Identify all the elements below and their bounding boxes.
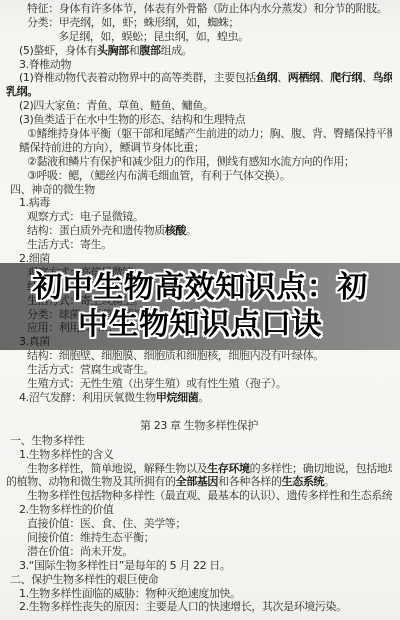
text-line: 的植物、动物和微生物及其所拥有的全部基因和各种各样的生态系统。	[6, 475, 392, 489]
text-run: 3.“国际生物多样性日”是每年的 5 月 22 日。	[19, 559, 230, 572]
text-run: ③呼吸：鳃，（鳃丝内布满毛细血管，有利于气体交换）。	[27, 169, 290, 182]
text-run: 1.病毒	[19, 196, 50, 209]
text-line: 生物多样性，简单地说，解释生物以及生存环境的多样性；确切地说，包括地球上所有	[6, 462, 392, 476]
text-line: 生活方式：营腐生或寄生。	[6, 363, 392, 377]
text-line: 特征：身体有许多体节，体表有外骨骼（防止体内水分蒸发）和分节的附肢。	[6, 2, 392, 16]
text-line: 第 23 章 生物多样性保护	[6, 419, 392, 433]
text-run: 生活方式：营腐生或寄生。	[27, 363, 154, 376]
text-run: 2.生物多样性丧失的原因：主要是人口的快速增长，其次是环境污染。	[19, 600, 347, 613]
text-run: 2.生物多样性的价值	[19, 503, 114, 516]
text-run: ①鳍维持身体平衡（躯干部和尾鳍产生前进的动力；胸、腹、背、臀鳍保持平衡；尾	[27, 127, 392, 140]
text-run-bold: 甲烷细菌	[156, 391, 198, 404]
text-run: 、	[320, 71, 331, 84]
text-run: 分类：甲壳纲，如，虾；蛛形纲，如，蜘蛛；	[27, 16, 239, 29]
text-line: 2.生物多样性的价值	[6, 503, 392, 517]
text-run-bold: 两栖纲	[288, 71, 320, 84]
text-run: 结构：细胞壁、细胞膜、细胞质和细胞核，细胞内没有叶绿体。	[27, 349, 324, 362]
text-line: 二、保护生物多样性的艰巨使命	[6, 573, 392, 587]
text-line: 生物多样性包括物种多样性（最直观、最基本的认识）、遗传多样性和生态系统多样性。	[6, 489, 392, 503]
overlay-title-line2: 中生物知识点口诀	[0, 306, 400, 343]
text-run: 生殖方式：无性生殖（出芽生殖）或有性生殖（孢子）。	[27, 377, 287, 390]
text-line: 3.“国际生物多样性日”是每年的 5 月 22 日。	[6, 559, 392, 573]
text-run: 3.脊椎动物	[19, 58, 71, 71]
text-run: 4.沼气发酵：利用厌氧微生物	[19, 391, 156, 404]
text-line: 结构：细胞壁、细胞膜、细胞质和细胞核，细胞内没有叶绿体。	[6, 349, 392, 363]
text-line: 四、神奇的微生物	[6, 183, 392, 197]
text-run: 组成。	[161, 44, 193, 57]
text-run: 潜在价值：尚未开发。	[27, 545, 133, 558]
text-run-bold: 全部基因	[176, 475, 218, 488]
text-run: 。	[198, 391, 209, 404]
text-run: 一、生物多样性	[10, 434, 84, 447]
text-line: 直接价值：医、食、住、美学等；	[6, 517, 392, 531]
text-line: 多足纲，如，蜈蚣；昆虫纲，如，蝗虫。	[6, 30, 392, 44]
text-run: 鳍保持前进的方向），鳔调节身体比重；	[19, 141, 204, 154]
overlay-title: 初中生物高效知识点：初 中生物知识点口诀	[0, 269, 400, 343]
text-run: (2)四大家鱼：青鱼、草鱼、鲢鱼、鳙鱼。	[19, 99, 214, 112]
text-line: 潜在价值：尚未开发。	[6, 545, 392, 559]
text-run: 的植物、动物和微生物及其所拥有的	[6, 475, 176, 488]
overlay-title-line1: 初中生物高效知识点：初	[0, 269, 400, 306]
text-line: (3)鱼类适于在水中生物的形态、结构和生理特点	[6, 113, 392, 127]
text-line: 1.生物多样性面临的威胁：物种灭绝速度加快。	[6, 587, 392, 601]
text-run: 和各种各样的	[218, 475, 282, 488]
text-line: ③呼吸：鳃，（鳃丝内布满毛细血管，有利于气体交换）。	[6, 169, 392, 183]
text-line: 分类：甲壳纲，如，虾；蛛形纲，如，蜘蛛；	[6, 16, 392, 30]
text-run-bold: 鱼纲	[256, 71, 277, 84]
text-line: 一、生物多样性	[6, 434, 392, 448]
text-run: 、	[277, 71, 288, 84]
text-run: 观察方式：电子显微镜。	[27, 210, 144, 223]
text-line: (2)四大家鱼：青鱼、草鱼、鲢鱼、鳙鱼。	[6, 99, 392, 113]
text-line: 2.生物多样性丧失的原因：主要是人口的快速增长，其次是环境污染。	[6, 600, 392, 614]
text-line: 生殖方式：无性生殖（出芽生殖）或有性生殖（孢子）。	[6, 377, 392, 391]
text-run: 结构：蛋白质外壳和遗传物质	[27, 224, 165, 237]
text-run-bold: 鸟纲	[373, 71, 392, 84]
text-line: 观察方式：电子显微镜。	[6, 210, 392, 224]
text-run: 第 23 章 生物多样性保护	[140, 419, 258, 432]
text-run: 生物多样性，简单地说，解释生物以及	[27, 462, 207, 475]
text-line: 结构：蛋白质外壳和遗传物质核酸。	[6, 224, 392, 238]
text-run-bold: 生存环境	[207, 462, 249, 475]
text-run-bold: 核酸	[165, 224, 186, 237]
text-line: 1.生物多样性的含义	[6, 448, 392, 462]
text-run-bold: 爬行纲	[330, 71, 362, 84]
text-line: 3.脊椎动物	[6, 58, 392, 72]
text-run-bold: 生态系统	[282, 475, 324, 488]
text-line: 生活方式：寄生。	[6, 238, 392, 252]
text-run: 特征：身体有许多体节，体表有外骨骼（防止体内水分蒸发）和分节的附肢。	[27, 2, 387, 15]
text-run: 1.生物多样性的含义	[19, 448, 114, 461]
text-line: (5)螯虾，身体有头胸部和腹部组成。	[6, 44, 392, 58]
text-run: 多足纲，如，蜈蚣；昆虫纲，如，蝗虫。	[58, 30, 249, 43]
text-run: 生物多样性包括物种多样性（最直观、最基本的认识）、遗传多样性和生态系统多样性。	[27, 489, 392, 502]
text-run: 的多样性；确切地说，包括地球上所有	[250, 462, 392, 475]
text-run: 生活方式：寄生。	[27, 238, 112, 251]
document-page: 特征：身体有许多体节，体表有外骨骼（防止体内水分蒸发）和分节的附肢。分类：甲壳纲…	[0, 0, 400, 620]
text-run: 、	[362, 71, 373, 84]
text-line: 1.病毒	[6, 196, 392, 210]
text-run: ②黏液和鳞片有保护和减少阻力的作用，侧线有感知水流方向的作用；	[27, 155, 354, 168]
text-line: ①鳍维持身体平衡（躯干部和尾鳍产生前进的动力；胸、腹、背、臀鳍保持平衡；尾	[6, 127, 392, 141]
text-run: (5)螯虾，身体有	[19, 44, 97, 57]
text-run-bold: 乳纲。	[6, 85, 38, 98]
text-line: 间接价值：维持生态平衡；	[6, 531, 392, 545]
text-run: (1)脊椎动物代表着动物界中的高等类群，主要包括	[19, 71, 256, 84]
text-run: 间接价值：维持生态平衡；	[27, 531, 154, 544]
text-run-bold: 头胸部	[97, 44, 129, 57]
text-run: (3)鱼类适于在水中生物的形态、结构和生理特点	[19, 113, 245, 126]
text-run: 直接价值：医、食、住、美学等；	[27, 517, 186, 530]
text-run: 。	[186, 224, 197, 237]
text-run: 1.生物多样性面临的威胁：物种灭绝速度加快。	[19, 587, 241, 600]
text-run: 四、神奇的微生物	[10, 183, 95, 196]
text-line: 鳍保持前进的方向），鳔调节身体比重；	[6, 141, 392, 155]
text-run: 二、保护生物多样性的艰巨使命	[10, 573, 158, 586]
text-line: 4.沼气发酵：利用厌氧微生物甲烷细菌。	[6, 391, 392, 405]
text-line: (1)脊椎动物代表着动物界中的高等类群，主要包括鱼纲、两栖纲、爬行纲、鸟纲和哺	[6, 71, 392, 85]
text-line: 乳纲。	[6, 85, 392, 99]
text-run: 。	[324, 475, 335, 488]
text-line: ②黏液和鳞片有保护和减少阻力的作用，侧线有感知水流方向的作用；	[6, 155, 392, 169]
text-run-bold: 腹部	[139, 44, 160, 57]
text-run: 和	[129, 44, 140, 57]
